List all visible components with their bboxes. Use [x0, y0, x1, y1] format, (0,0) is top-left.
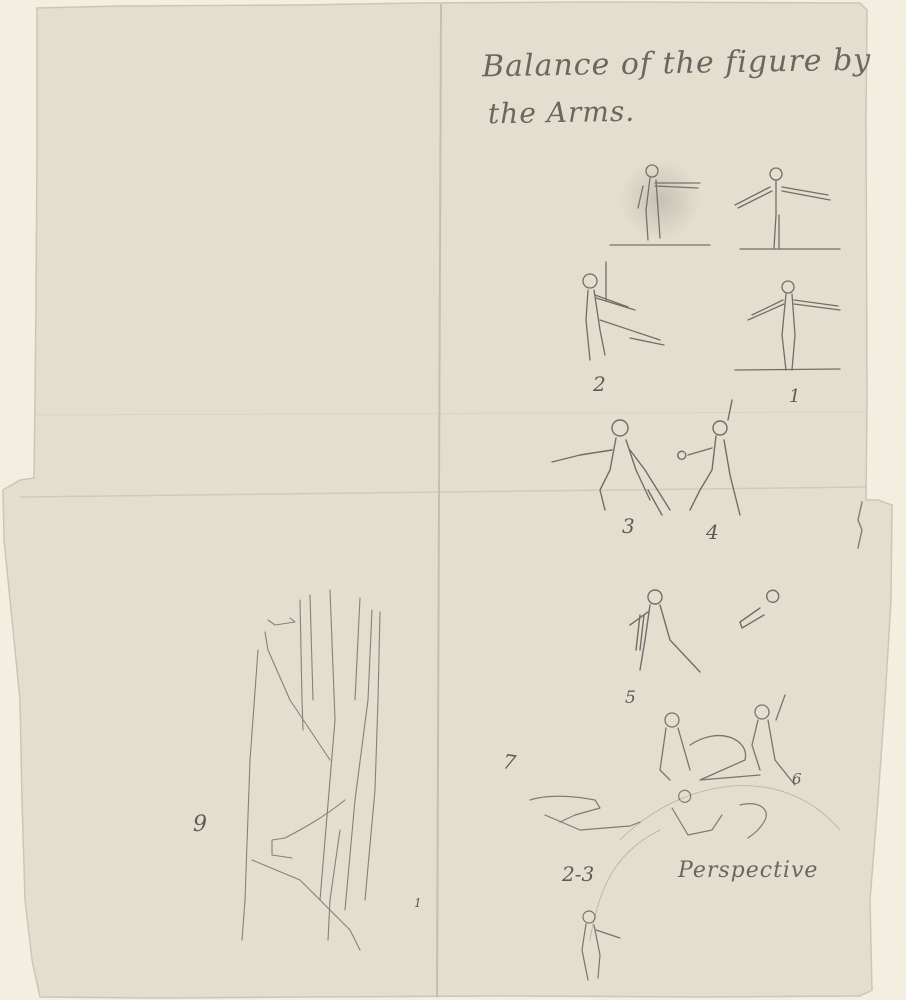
label-2-3: 2-3 [562, 862, 594, 886]
label-1-small: 1 [414, 896, 422, 910]
label-4: 4 [706, 520, 719, 544]
label-3: 3 [622, 514, 635, 538]
drawing-sheet: Balance of the figure by the Arms. Persp… [0, 0, 906, 1000]
label-2: 2 [593, 372, 606, 396]
label-6: 6 [792, 770, 802, 788]
title-inscription-line2: the Arms. [488, 95, 636, 131]
paper-with-sketches [0, 0, 906, 1000]
label-5: 5 [625, 688, 636, 708]
label-9: 9 [193, 812, 207, 837]
label-1: 1 [789, 386, 800, 407]
title-inscription-line1: Balance of the figure by [482, 43, 872, 85]
perspective-inscription: Perspective [678, 858, 818, 883]
